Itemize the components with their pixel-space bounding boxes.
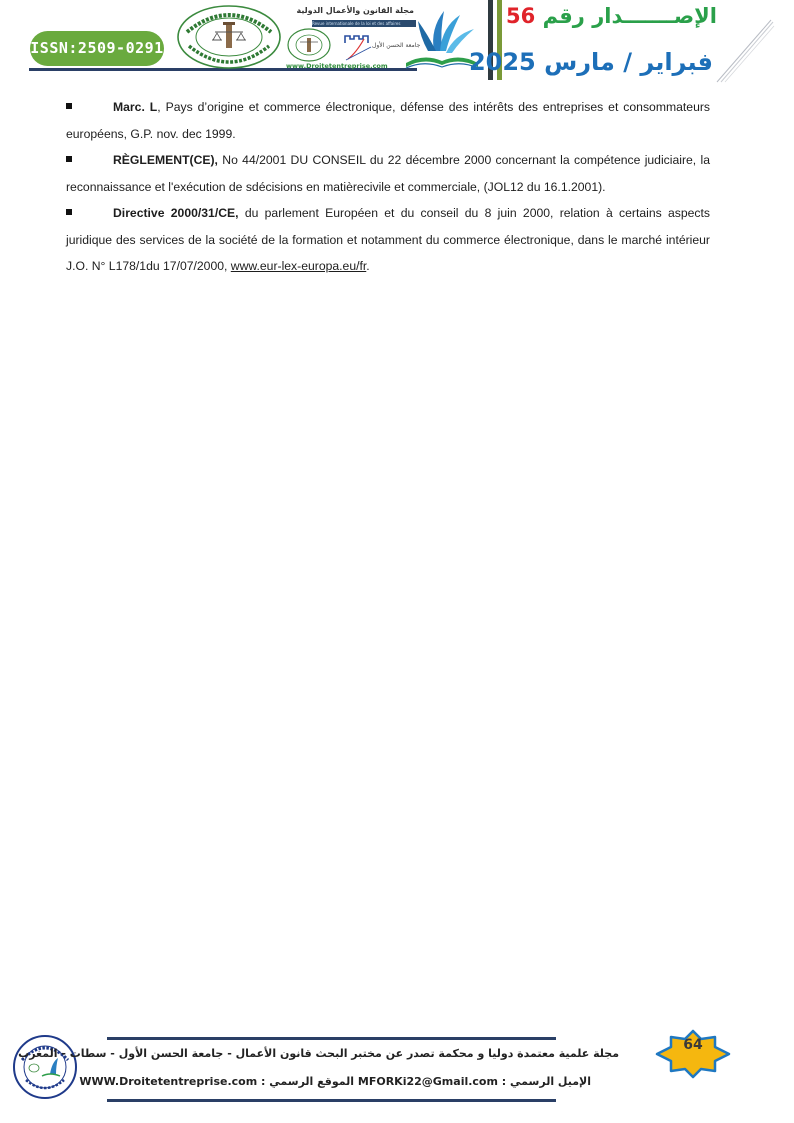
- footer-email-label: الإميل الرسمي :: [502, 1075, 591, 1088]
- footer-divider-top: [107, 1037, 556, 1040]
- journal-title-arabic: مجلة القانون والأعمال الدولية: [288, 6, 414, 15]
- reference-text-end: .: [366, 259, 369, 273]
- reference-title: Directive 2000/31/CE,: [113, 206, 239, 220]
- lab-seal-logo-icon: [175, 4, 283, 70]
- footer-divider-bottom: [107, 1099, 556, 1102]
- reference-item: Marc. L, Pays d’origine et commerce élec…: [66, 94, 710, 147]
- journal-subtitle: Revue internationale de la loi et des af…: [312, 20, 416, 27]
- journal-logo: مجلة القانون والأعمال الدولية Revue inte…: [284, 3, 480, 71]
- square-bullet-icon: [66, 103, 72, 109]
- reference-item: Directive 2000/31/CE, du parlement Europ…: [66, 200, 710, 280]
- reference-item: RÈGLEMENT(CE), No 44/2001 DU CONSEIL du …: [66, 147, 710, 200]
- references-list: Marc. L, Pays d’origine et commerce élec…: [66, 94, 710, 280]
- issn-badge: ISSN:2509-0291: [30, 31, 164, 66]
- small-lab-seal-icon: [286, 27, 332, 63]
- journal-url: www.Droitetentreprise.com: [286, 62, 388, 70]
- reference-author: Marc. L: [113, 100, 157, 114]
- issue-date: فبراير / مارس 2025: [505, 48, 713, 82]
- footer-contact-line: الإميل الرسمي : MFORKi22@Gmail.com الموق…: [107, 1075, 591, 1088]
- issue-number: 56: [506, 4, 535, 28]
- decorative-diagonal-lines-icon: [715, 18, 775, 84]
- reference-link[interactable]: www.eur-lex-europa.eu/fr: [231, 259, 366, 273]
- university-emblem-icon: [342, 33, 372, 61]
- page-number: 64: [655, 1037, 731, 1053]
- square-bullet-icon: [66, 209, 72, 215]
- page-header: ISSN:2509-0291 مجلة القانون والأعمال الد…: [0, 0, 794, 90]
- reference-title: RÈGLEMENT(CE),: [113, 153, 218, 167]
- footer-journal-description: مجلة علمية معتمدة دوليا و محكمة تصدر عن …: [107, 1047, 619, 1060]
- issue-heading: الإصـــــــدار رقم 56: [517, 4, 717, 34]
- footer-email[interactable]: MFORKi22@Gmail.com: [358, 1075, 498, 1088]
- footer-site-label: الموقع الرسمي :: [261, 1075, 354, 1088]
- reference-text: , Pays d’origine et commerce électroniqu…: [66, 100, 710, 141]
- director-seal-icon: [12, 1034, 78, 1100]
- square-bullet-icon: [66, 156, 72, 162]
- issue-label: الإصـــــــدار رقم: [543, 4, 717, 28]
- footer-site[interactable]: WWW.Droitetentreprise.com: [79, 1075, 257, 1088]
